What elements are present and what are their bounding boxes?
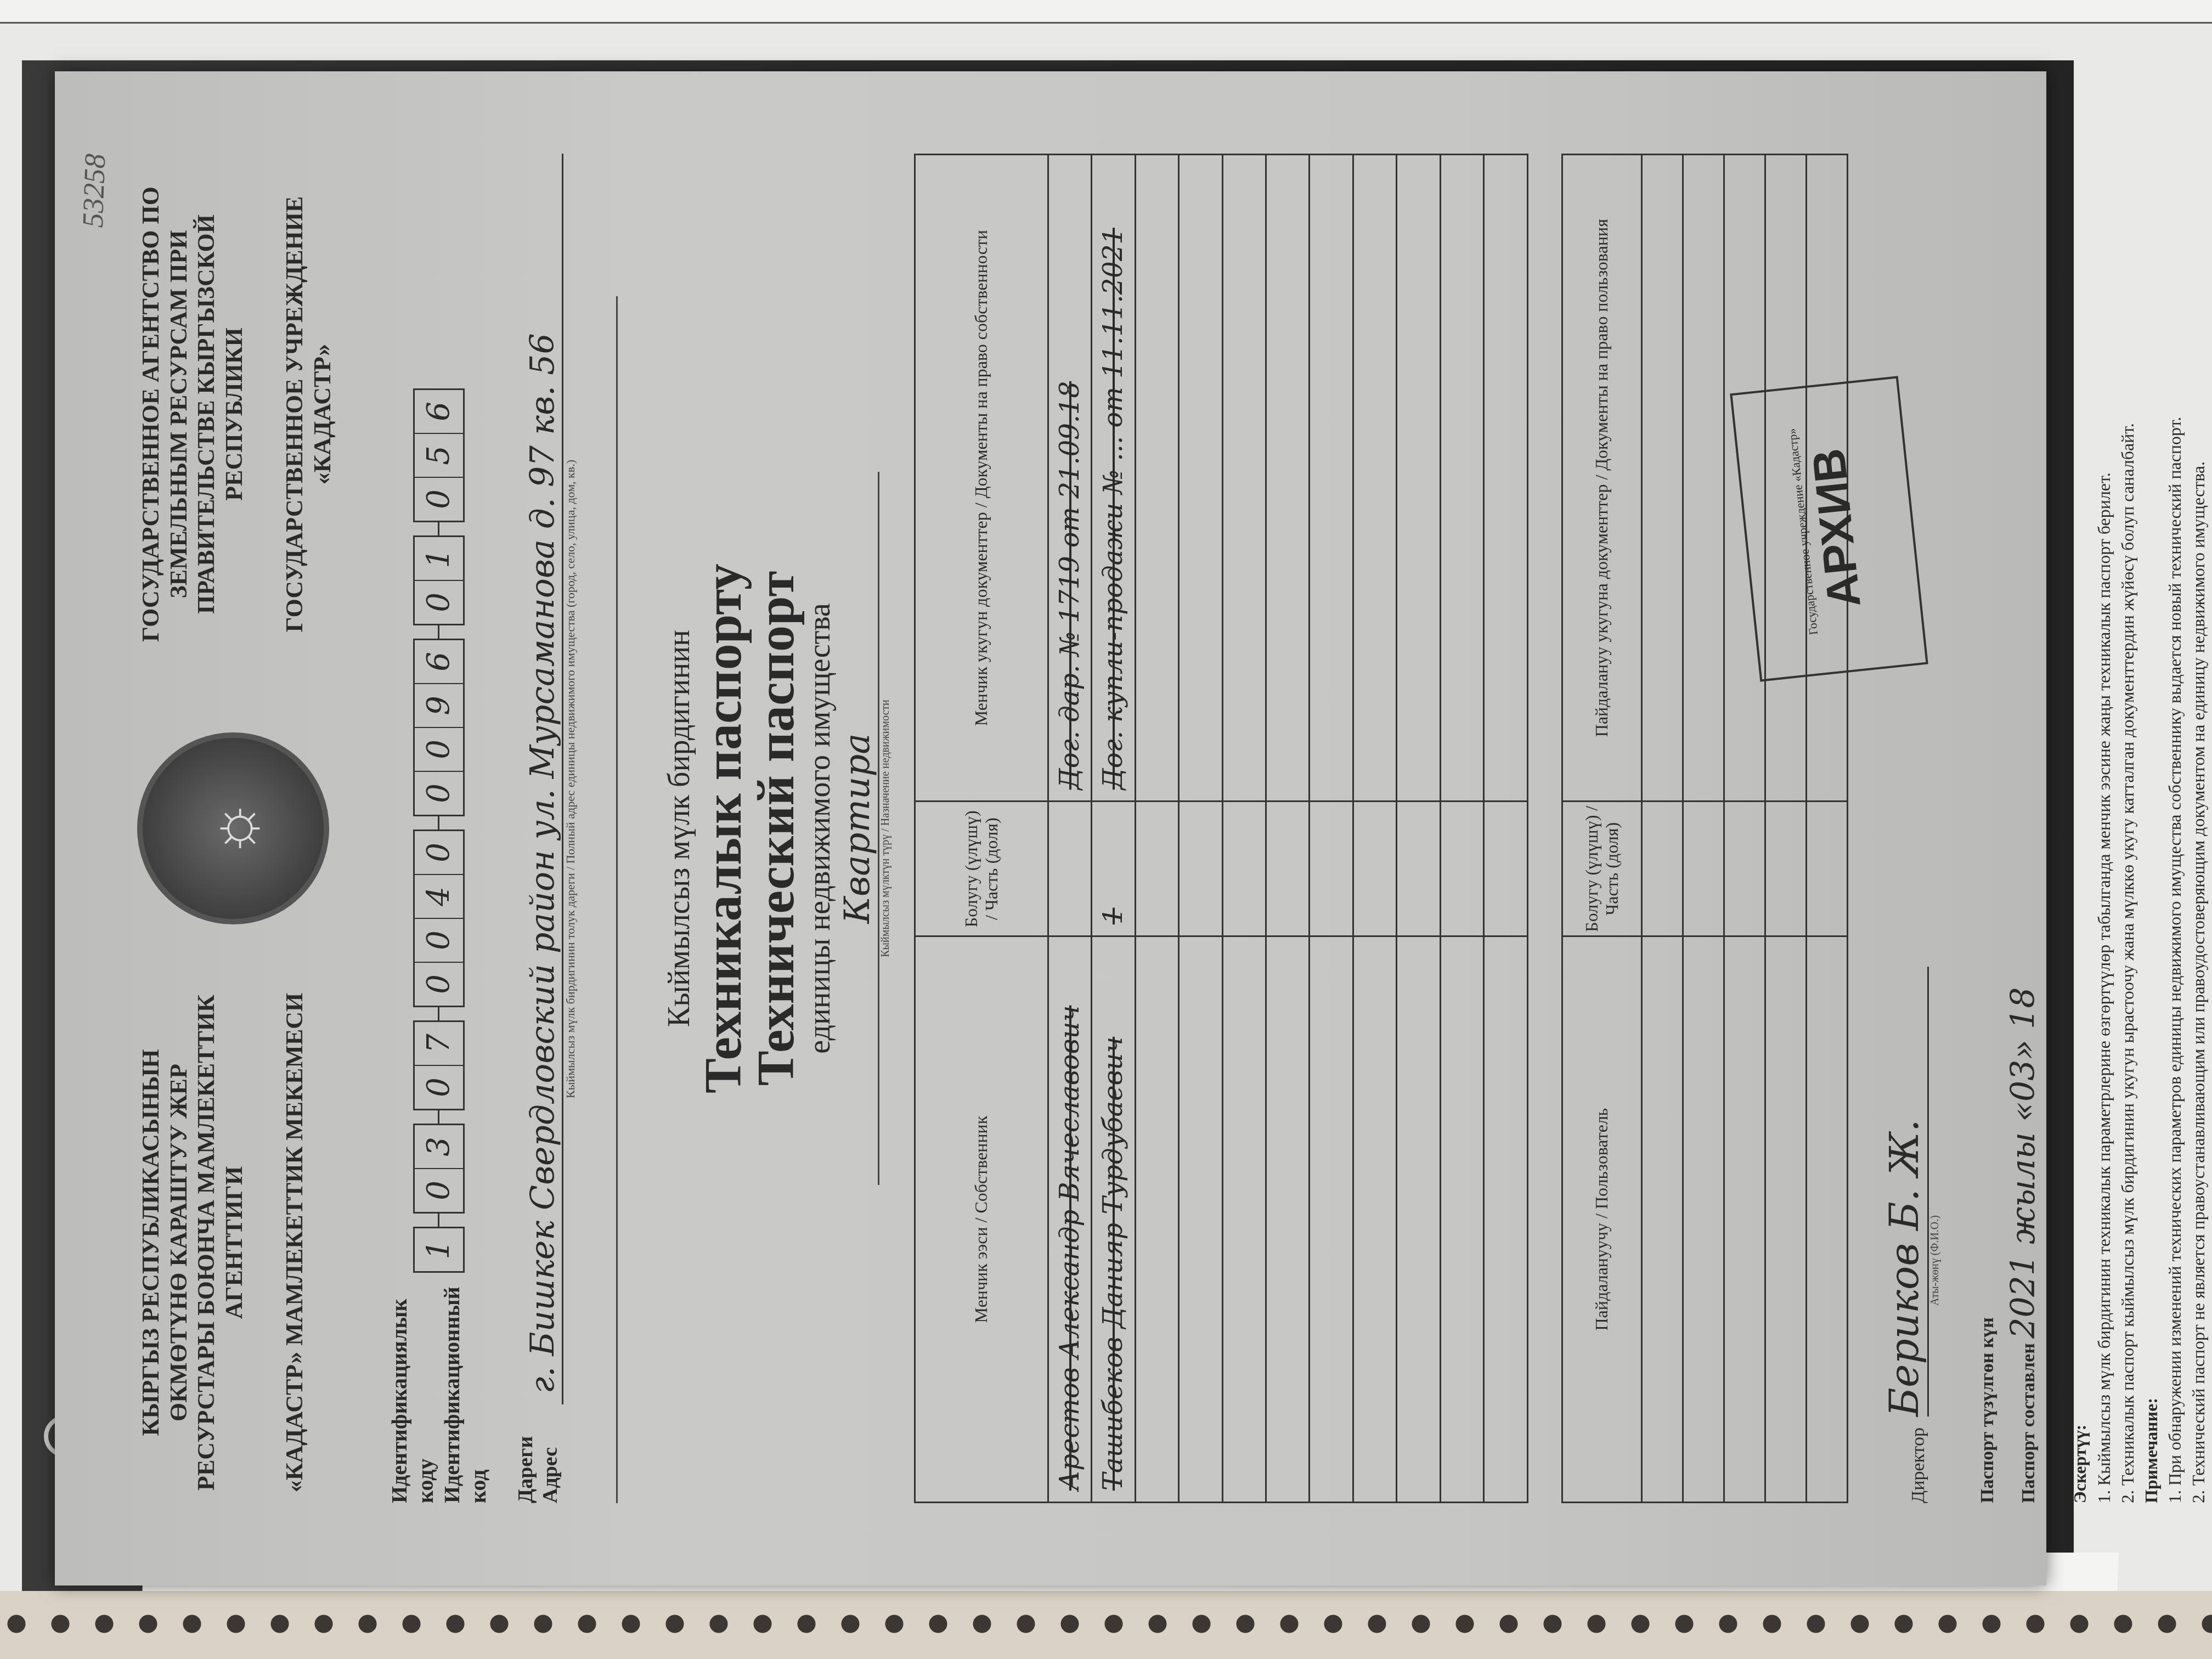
code-separator bbox=[438, 1007, 439, 1020]
users-table: Пайдалануучу / Пользователь Болугу (үлүш… bbox=[1561, 154, 1848, 1503]
technical-passport-page: 53258 Кыргыз Республикасынын Өкмөтүнө ка… bbox=[55, 71, 2046, 1585]
code-group: 03 bbox=[413, 1124, 465, 1214]
state-emblem-icon: ☼ bbox=[137, 732, 329, 924]
code-digit: 5 bbox=[415, 433, 463, 477]
code-digit: 3 bbox=[415, 1125, 463, 1168]
identification-code-row: Идентификациялык коду Идентификационный … bbox=[386, 154, 492, 1503]
serial-number: 53258 bbox=[76, 153, 112, 228]
user-row-empty bbox=[1724, 155, 1765, 1503]
code-digit: 0 bbox=[415, 831, 463, 874]
identification-code: 103070040009601056 bbox=[413, 388, 465, 1273]
passport-date-value: 2021 жылы «03» 18 bbox=[2004, 988, 2042, 1339]
code-digit: 1 bbox=[415, 537, 463, 580]
property-kind: Квартира bbox=[837, 472, 879, 1185]
notes: Эскертүү: 1. Кыймылсыз мүлк бирдигинин т… bbox=[2068, 154, 2210, 1503]
document-header: Кыргыз Республикасынын Өкмөтүнө караштуу… bbox=[137, 154, 337, 1503]
title-block: Кыймылсыз мүлк бирдигинин Техникалык пас… bbox=[662, 154, 892, 1503]
header-russian: Государственное агентство по земельным р… bbox=[137, 154, 337, 675]
address-value: г. Бишкек Свердловский район ул. Мурсама… bbox=[523, 154, 563, 1404]
code-group: 056 bbox=[413, 388, 465, 522]
code-digit: 9 bbox=[415, 683, 463, 727]
divider bbox=[616, 296, 618, 1503]
code-digit: 6 bbox=[415, 640, 463, 683]
owner-row: Арестов Александр ВячеславовичДог. дар. … bbox=[1048, 155, 1091, 1503]
code-digit: 0 bbox=[415, 727, 463, 771]
code-separator bbox=[438, 522, 439, 535]
header-kyrgyz: Кыргыз Республикасынын Өкмөтүнө караштуу… bbox=[137, 982, 309, 1503]
code-digit: 1 bbox=[415, 1228, 463, 1271]
passport-date: Паспорт түзүлгөн күн Паспорт составлен 2… bbox=[1974, 154, 2047, 1503]
code-digit: 0 bbox=[415, 962, 463, 1006]
owner-row-empty bbox=[1135, 155, 1178, 1503]
owner-row: Ташибеков Данияр Турдубаевич1Дог. купли-… bbox=[1092, 155, 1135, 1503]
code-separator bbox=[438, 1110, 439, 1124]
code-group: 07 bbox=[413, 1020, 465, 1110]
owner-row-empty bbox=[1310, 155, 1353, 1503]
code-separator bbox=[438, 816, 439, 830]
user-row-empty bbox=[1641, 155, 1683, 1503]
address-row: Дареги Адрес г. Бишкек Свердловский райо… bbox=[513, 154, 563, 1503]
code-group: 0096 bbox=[413, 639, 465, 816]
code-group: 0040 bbox=[413, 830, 465, 1007]
user-row-empty bbox=[1806, 155, 1847, 1503]
code-digit: 7 bbox=[415, 1022, 463, 1065]
code-digit: 0 bbox=[415, 1168, 463, 1212]
owner-row-empty bbox=[1440, 155, 1483, 1503]
code-digit: 0 bbox=[415, 1065, 463, 1109]
owner-row-empty bbox=[1266, 155, 1310, 1503]
owner-row-empty bbox=[1397, 155, 1440, 1503]
user-row-empty bbox=[1765, 155, 1806, 1503]
director-signature: Бериков Б. Ж. bbox=[1881, 967, 1929, 1417]
owner-row-empty bbox=[1484, 155, 1527, 1503]
document-photo: 53258 Кыргыз Республикасынын Өкмөтүнө ка… bbox=[55, 71, 2046, 1585]
owners-table: Менчик ээси / Собственник Болугу (үлүшү)… bbox=[914, 154, 1528, 1503]
code-digit: 0 bbox=[415, 477, 463, 521]
page-top-edge bbox=[0, 0, 2212, 24]
owner-row-empty bbox=[1353, 155, 1396, 1503]
user-row-empty bbox=[1683, 155, 1724, 1503]
archive-stamp: Государственное учреждение «Кадастр» АРХ… bbox=[1730, 376, 1928, 681]
code-separator bbox=[438, 1214, 439, 1227]
code-digit: 0 bbox=[415, 918, 463, 962]
owner-row-empty bbox=[1179, 155, 1222, 1503]
code-separator bbox=[438, 625, 439, 639]
code-group: 1 bbox=[413, 1227, 465, 1273]
code-digit: 0 bbox=[415, 771, 463, 815]
owner-row-empty bbox=[1222, 155, 1266, 1503]
pegboard bbox=[0, 1591, 2212, 1659]
code-group: 01 bbox=[413, 535, 465, 625]
address-caption: Кыймылсыз мүлк бирдигинин толук дареги /… bbox=[563, 154, 578, 1404]
code-digit: 0 bbox=[415, 580, 463, 624]
code-digit: 4 bbox=[415, 874, 463, 918]
code-digit: 6 bbox=[415, 390, 463, 433]
director-signature-row: Директор Бериков Б. Ж. bbox=[1881, 154, 1929, 1503]
